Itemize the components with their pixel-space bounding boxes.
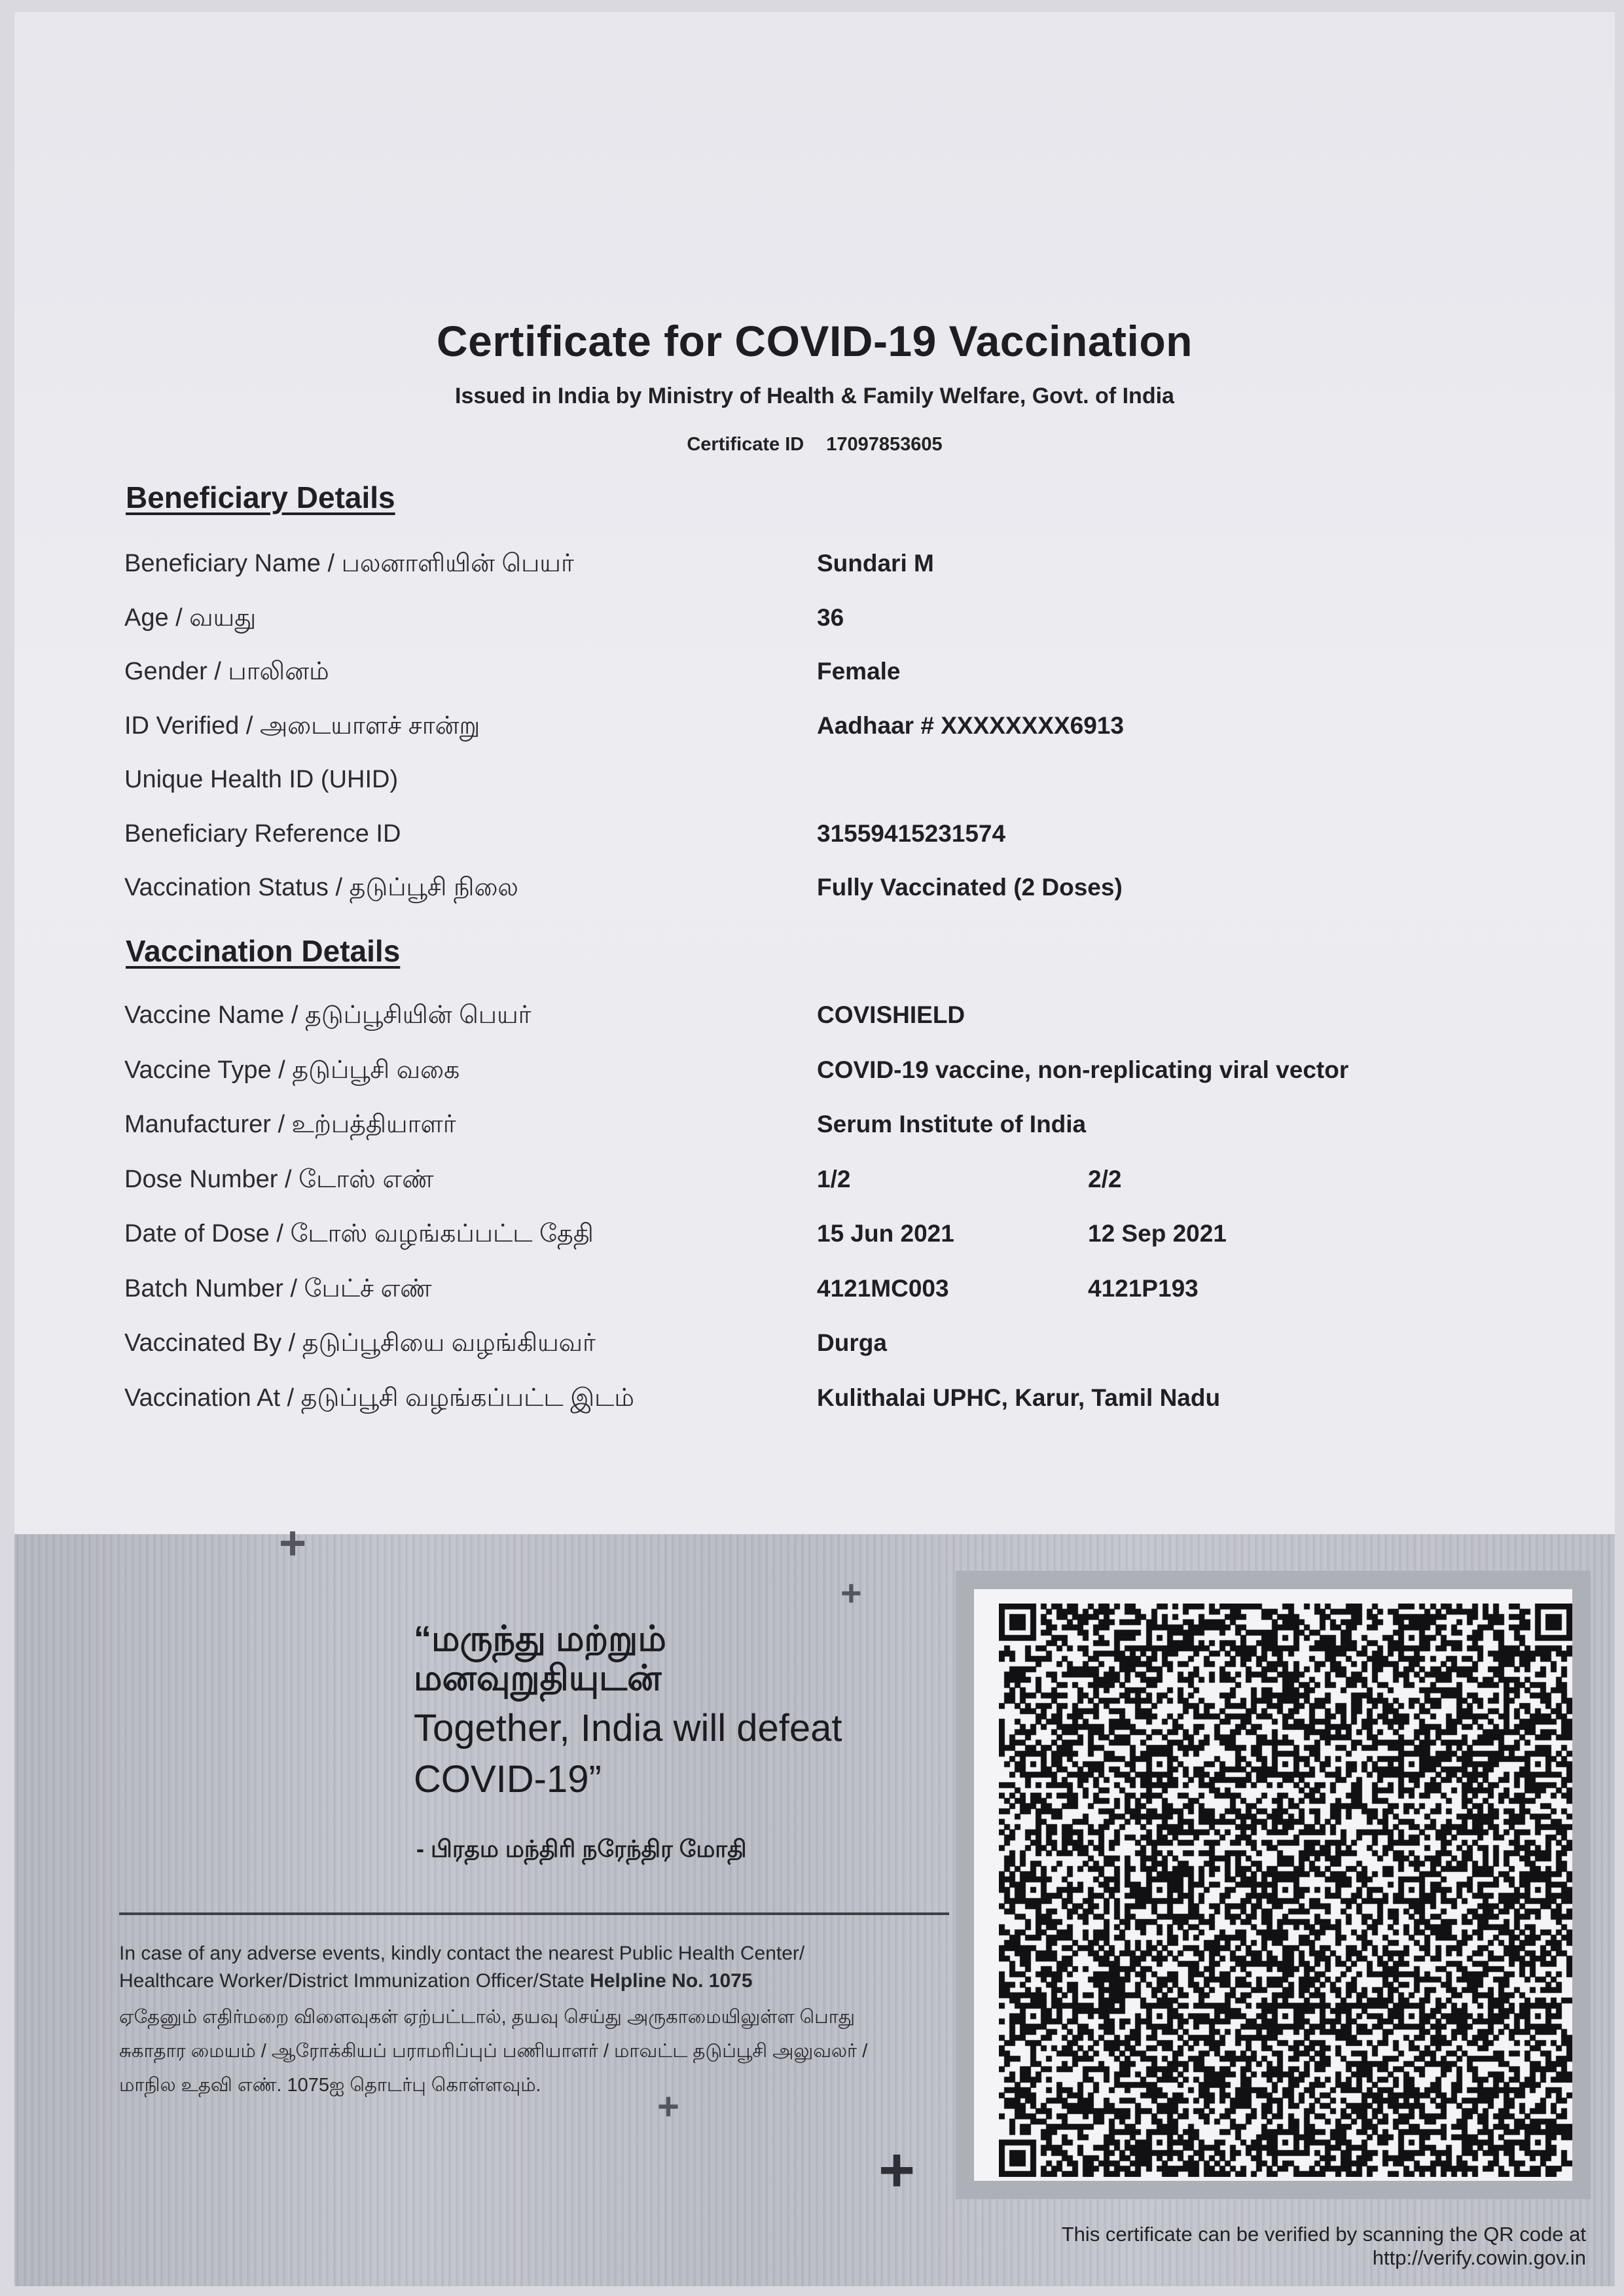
table-row: Batch Number / பேட்ச் எண்4121MC0034121P1… (124, 1275, 1532, 1314)
verification-note: This certificate can be verified by scan… (1062, 2223, 1586, 2270)
row-value: Sundari M (817, 550, 934, 577)
table-row: Gender / பாலினம்Female (124, 658, 1532, 697)
page-title: Certificate for COVID-19 Vaccination (14, 316, 1615, 366)
verification-url-link[interactable]: http://verify.cowin.gov.in (1373, 2246, 1586, 2269)
quote-tamil-line-2: மனவுறுதியுடன் (414, 1659, 937, 1698)
pm-quote: “மருந்து மற்றும் மனவுறுதியுடன் Together,… (414, 1619, 937, 1805)
quote-english-line-1: Together, India will defeat (414, 1707, 842, 1749)
row-value: 4121MC003 (817, 1275, 949, 1302)
certificate-id-label: Certificate ID (687, 434, 804, 455)
row-value: Kulithalai UPHC, Karur, Tamil Nadu (817, 1384, 1220, 1412)
adverse-english-line-2: Healthcare Worker/District Immunization … (119, 1970, 590, 1992)
table-row: Vaccination At / தடுப்பூசி வழங்கப்பட்ட இ… (124, 1384, 1532, 1424)
table-row: Vaccinated By / தடுப்பூசியை வழங்கியவர்Du… (124, 1329, 1532, 1369)
certificate-lower-section: + + + + “மருந்து மற்றும் மனவுறுதியுடன் T… (14, 1534, 1615, 2286)
table-row: Vaccine Name / தடுப்பூசியின் பெயர்COVISH… (124, 1001, 1532, 1041)
plus-decoration-icon: + (878, 2139, 915, 2202)
adverse-tamil-line-1: ஏதேனும் எதிர்மறை விளைவுகள் ஏற்பட்டால், த… (119, 2007, 855, 2028)
row-label: Vaccination At / தடுப்பூசி வழங்கப்பட்ட இ… (124, 1384, 634, 1416)
adverse-events-tamil: ஏதேனும் எதிர்மறை விளைவுகள் ஏற்பட்டால், த… (119, 2000, 970, 2102)
row-value: 31559415231574 (817, 820, 1005, 848)
table-row: Manufacturer / உற்பத்தியாளர்Serum Instit… (124, 1111, 1532, 1150)
row-value: COVISHIELD (817, 1001, 965, 1029)
row-label: Dose Number / டோஸ் எண் (124, 1166, 434, 1197)
row-label: Gender / பாலினம் (124, 658, 329, 689)
row-value: 36 (817, 604, 844, 632)
certificate-id-value: 17097853605 (826, 434, 942, 455)
row-label: Beneficiary Reference ID (124, 820, 401, 848)
adverse-tamil-line-3: மாநில உதவி எண். 1075ஐ தொடர்பு கொள்ளவும். (119, 2075, 541, 2096)
quote-attribution: - பிரதம மந்திரி நரேந்திர மோதி (416, 1835, 747, 1866)
adverse-tamil-line-2: சுகாதார மையம் / ஆரோக்கியப் பராமரிப்புப் … (119, 2041, 867, 2062)
row-value: COVID-19 vaccine, non-replicating viral … (817, 1056, 1348, 1084)
beneficiary-details-heading: Beneficiary Details (126, 480, 395, 515)
table-row: Unique Health ID (UHID) (124, 766, 1532, 805)
row-label: Vaccine Name / தடுப்பூசியின் பெயர் (124, 1001, 532, 1033)
quote-english: Together, India will defeat COVID-19” (414, 1703, 937, 1805)
plus-decoration-icon: + (840, 1575, 862, 1611)
table-row: Dose Number / டோஸ் எண்1/22/2 (124, 1166, 1532, 1205)
qr-code-card (956, 1571, 1591, 2199)
quote-english-line-2: COVID-19” (414, 1758, 602, 1801)
row-value-dose-2: 4121P193 (1088, 1275, 1199, 1302)
verification-text: This certificate can be verified by scan… (1062, 2223, 1586, 2246)
row-label: Age / வயது (124, 604, 256, 636)
quote-tamil-line-1: “மருந்து மற்றும் (414, 1619, 937, 1659)
row-label: Manufacturer / உற்பத்தியாளர் (124, 1111, 456, 1142)
row-label: Date of Dose / டோஸ் வழங்கப்பட்ட தேதி (124, 1220, 594, 1251)
row-value: Durga (817, 1329, 887, 1357)
row-label: Vaccine Type / தடுப்பூசி வகை (124, 1056, 460, 1088)
row-label: Unique Health ID (UHID) (124, 766, 398, 794)
table-row: Age / வயது36 (124, 604, 1532, 643)
row-value: Serum Institute of India (817, 1111, 1086, 1138)
row-label: Vaccination Status / தடுப்பூசி நிலை (124, 874, 518, 905)
certificate-id: Certificate ID17097853605 (14, 434, 1615, 456)
certificate-upper-section: Certificate for COVID-19 Vaccination Iss… (14, 12, 1615, 1534)
row-value: 15 Jun 2021 (817, 1220, 954, 1247)
row-label: Vaccinated By / தடுப்பூசியை வழங்கியவர் (124, 1329, 596, 1361)
row-value-dose-2: 12 Sep 2021 (1088, 1220, 1227, 1247)
table-row: Beneficiary Name / பலனாளியின் பெயர்Sunda… (124, 550, 1532, 589)
plus-decoration-icon: + (279, 1520, 306, 1567)
qr-code-icon[interactable] (999, 1604, 1572, 2177)
table-row: Beneficiary Reference ID31559415231574 (124, 820, 1532, 859)
adverse-events-english: In case of any adverse events, kindly co… (119, 1940, 970, 1995)
issuer-subtitle: Issued in India by Ministry of Health & … (14, 384, 1615, 409)
row-value: Female (817, 658, 901, 685)
helpline-number: Helpline No. 1075 (590, 1970, 752, 1992)
table-row: Vaccine Type / தடுப்பூசி வகைCOVID-19 vac… (124, 1056, 1532, 1096)
row-value: 1/2 (817, 1166, 850, 1193)
row-value: Fully Vaccinated (2 Doses) (817, 874, 1123, 901)
row-value-dose-2: 2/2 (1088, 1166, 1121, 1193)
vaccination-details-heading: Vaccination Details (126, 933, 400, 969)
adverse-english-line-1: In case of any adverse events, kindly co… (119, 1943, 804, 1964)
certificate-page: Certificate for COVID-19 Vaccination Iss… (14, 12, 1615, 2286)
row-label: Batch Number / பேட்ச் எண் (124, 1275, 432, 1306)
divider (119, 1912, 949, 1915)
row-label: ID Verified / அடையாளச் சான்று (124, 712, 480, 744)
table-row: Date of Dose / டோஸ் வழங்கப்பட்ட தேதி15 J… (124, 1220, 1532, 1259)
table-row: Vaccination Status / தடுப்பூசி நிலைFully… (124, 874, 1532, 913)
table-row: ID Verified / அடையாளச் சான்றுAadhaar # X… (124, 712, 1532, 751)
row-label: Beneficiary Name / பலனாளியின் பெயர் (124, 550, 574, 581)
row-value: Aadhaar # XXXXXXXX6913 (817, 712, 1124, 740)
